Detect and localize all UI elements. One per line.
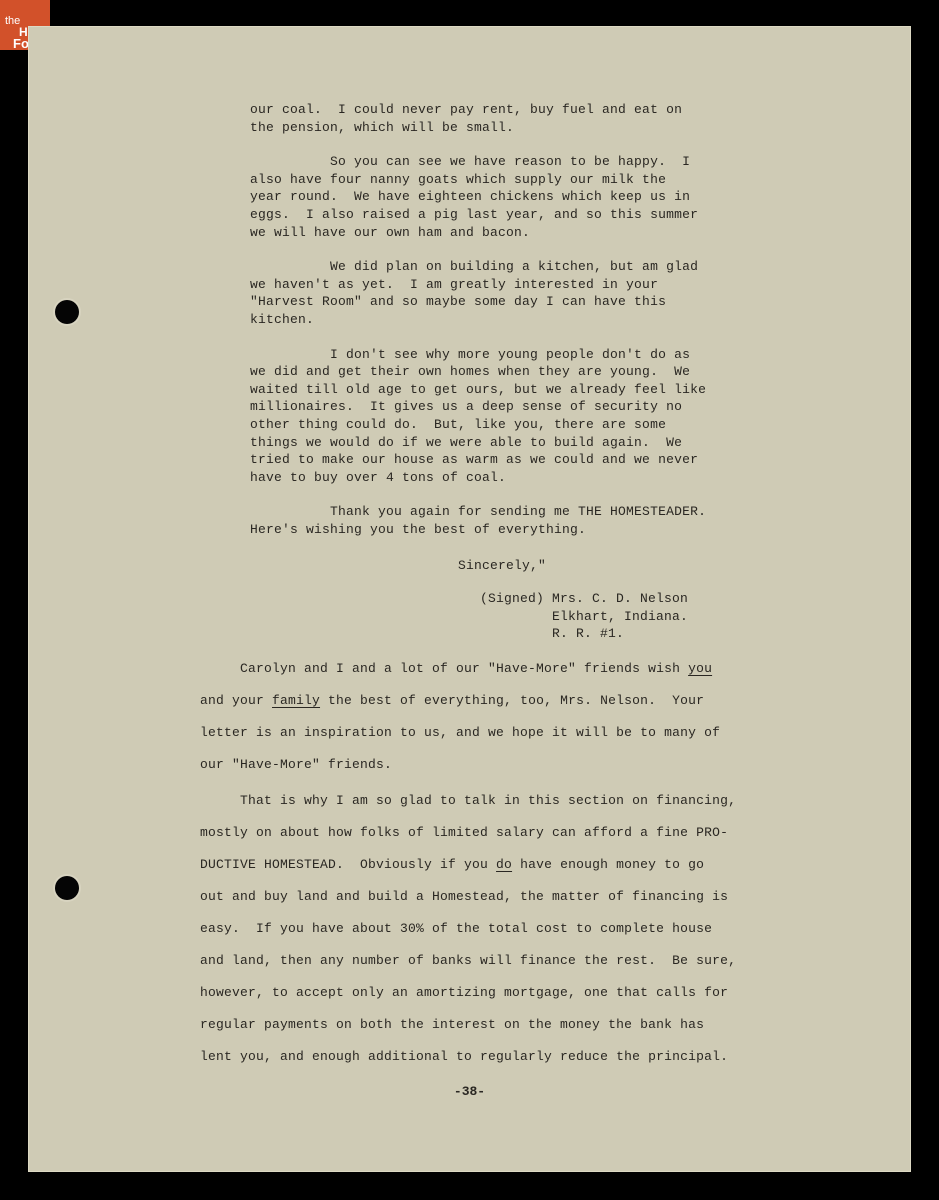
letter-line: We did plan on building a kitchen, but a… <box>250 258 706 276</box>
letter-line: year round. We have eighteen chickens wh… <box>250 188 706 206</box>
letter-line: also have four nanny goats which supply … <box>250 171 706 189</box>
commentary-line: DUCTIVE HOMESTEAD. Obviously if you do h… <box>200 849 736 881</box>
logo-text-the: the <box>5 16 20 27</box>
commentary-line: Carolyn and I and a lot of our "Have-Mor… <box>200 653 736 685</box>
commentary-line: letter is an inspiration to us, and we h… <box>200 717 736 749</box>
hole-punch-icon <box>55 300 79 324</box>
letter-line: Here's wishing you the best of everythin… <box>250 521 706 539</box>
letter-line: So you can see we have reason to be happ… <box>250 153 706 171</box>
hole-punch-icon <box>55 876 79 900</box>
typed-page: our coal. I could never pay rent, buy fu… <box>28 26 911 1172</box>
letter-line: our coal. I could never pay rent, buy fu… <box>250 101 706 119</box>
commentary-line: out and buy land and build a Homestead, … <box>200 881 736 913</box>
commentary-line: and your family the best of everything, … <box>200 685 736 717</box>
letter-line: Thank you again for sending me THE HOMES… <box>250 503 706 521</box>
letter-line: millionaires. It gives us a deep sense o… <box>250 398 706 416</box>
underlined-word: do <box>496 857 512 872</box>
letter-line: have to buy over 4 tons of coal. <box>250 469 706 487</box>
letter-line: "Harvest Room" and so maybe some day I c… <box>250 293 706 311</box>
letter-line: the pension, which will be small. <box>250 119 706 137</box>
letter-line: tried to make our house as warm as we co… <box>250 451 706 469</box>
commentary-line: mostly on about how folks of limited sal… <box>200 817 736 849</box>
underlined-word: family <box>272 693 320 708</box>
letter-line: things we would do if we were able to bu… <box>250 434 706 452</box>
quoted-letter: our coal. I could never pay rent, buy fu… <box>250 101 706 538</box>
commentary-line: regular payments on both the interest on… <box>200 1009 736 1041</box>
commentary-line: our "Have-More" friends. <box>200 749 736 781</box>
commentary-line: That is why I am so glad to talk in this… <box>200 785 736 817</box>
letter-line: we did and get their own homes when they… <box>250 363 706 381</box>
letter-line: I don't see why more young people don't … <box>250 346 706 364</box>
letter-line: waited till old age to get ours, but we … <box>250 381 706 399</box>
letter-line: we will have our own ham and bacon. <box>250 224 706 242</box>
signature-line: Elkhart, Indiana. <box>480 608 688 626</box>
commentary-line: and land, then any number of banks will … <box>200 945 736 977</box>
letter-line: we haven't as yet. I am greatly interest… <box>250 276 706 294</box>
letter-closing: Sincerely," <box>458 558 546 573</box>
author-commentary: Carolyn and I and a lot of our "Have-Mor… <box>200 653 736 1073</box>
page-number: -38- <box>28 1084 911 1099</box>
commentary-line: easy. If you have about 30% of the total… <box>200 913 736 945</box>
letter-line: other thing could do. But, like you, the… <box>250 416 706 434</box>
signature-line: R. R. #1. <box>480 625 688 643</box>
signature-line: (Signed) Mrs. C. D. Nelson <box>480 590 688 608</box>
commentary-line: however, to accept only an amortizing mo… <box>200 977 736 1009</box>
commentary-line: lent you, and enough additional to regul… <box>200 1041 736 1073</box>
letter-line: kitchen. <box>250 311 706 329</box>
letter-line: eggs. I also raised a pig last year, and… <box>250 206 706 224</box>
underlined-word: you <box>688 661 712 676</box>
letter-signature: (Signed) Mrs. C. D. Nelson Elkhart, Indi… <box>480 590 688 643</box>
